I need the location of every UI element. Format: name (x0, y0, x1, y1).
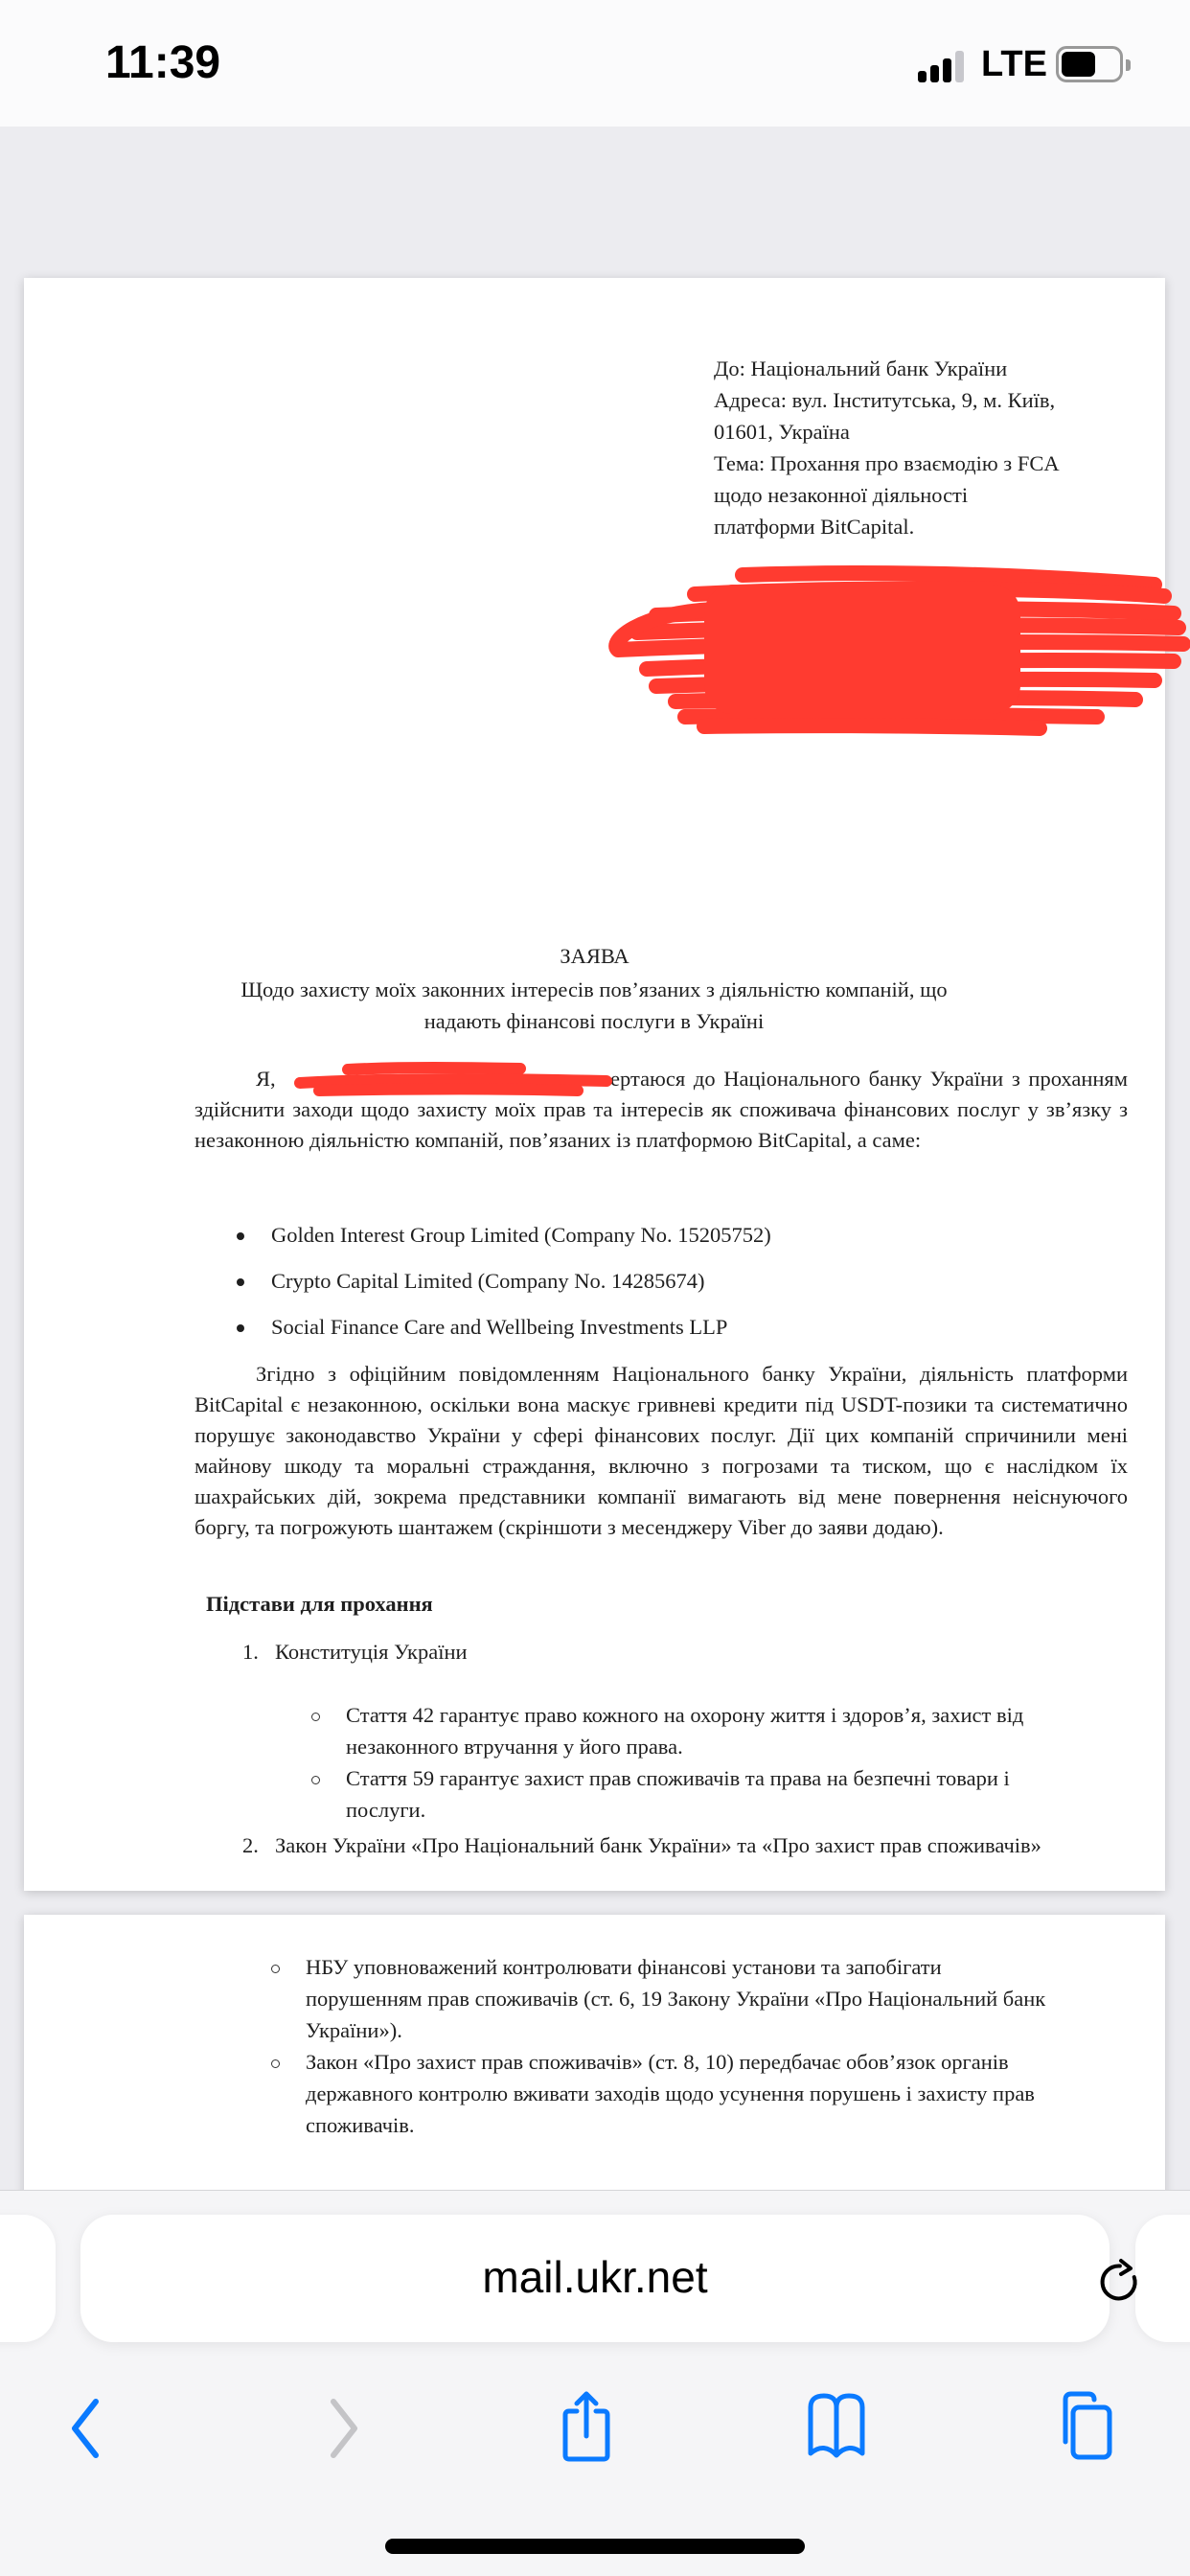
signal-bar (918, 71, 927, 82)
network-type: LTE (981, 44, 1047, 85)
battery-level (1062, 52, 1095, 77)
company-item: Golden Interest Group Limited (Company N… (216, 1220, 771, 1266)
status-time: 11:39 (105, 36, 220, 89)
grounds-1-sublist: Стаття 42 гарантує право кожного на охор… (311, 1699, 1078, 1826)
document-page-2: НБУ уповноважений контролювати фінансові… (24, 1915, 1165, 2190)
grounds-2-sublist: НБУ уповноважений контролювати фінансові… (271, 1951, 1057, 2141)
document-page-1: До: Національний банк України Адреса: ву… (24, 278, 1165, 1891)
status-bar: 11:39 LTE (0, 0, 1190, 126)
home-indicator[interactable] (385, 2539, 805, 2554)
redaction-scribble-name (290, 1062, 616, 1100)
reload-icon[interactable] (1098, 2257, 1146, 2311)
grounds-number: 1. (242, 1637, 275, 1667)
intro-prefix: Я, (256, 1067, 276, 1091)
document-subtitle: Щодо захисту моїх законних інтересів пов… (216, 974, 973, 1037)
redaction-scribble-sender (599, 556, 1190, 738)
recipient-line: До: Національний банк України (714, 353, 1116, 384)
grounds-number: 2. (242, 1830, 275, 1861)
battery-nub (1126, 59, 1131, 71)
grounds-item-1: 1.Конституція України (242, 1637, 468, 1667)
bookmarks-button[interactable] (803, 2390, 870, 2463)
grounds-heading: Підстави для прохання (206, 1589, 433, 1620)
document-viewer[interactable]: До: Національний банк України Адреса: ву… (0, 126, 1190, 2190)
grounds-subitem: НБУ уповноважений контролювати фінансові… (271, 1951, 1057, 2046)
url-text[interactable]: mail.ukr.net (80, 2251, 1110, 2303)
grounds-subitem: Стаття 42 гарантує право кожного на охор… (311, 1699, 1078, 1762)
grounds-subitem: Закон «Про захист прав споживачів» (ст. … (271, 2046, 1057, 2141)
recipient-block: До: Національний банк України Адреса: ву… (714, 353, 1116, 542)
company-item: Crypto Capital Limited (Company No. 1428… (216, 1266, 771, 1312)
company-item: Social Finance Care and Wellbeing Invest… (216, 1312, 771, 1358)
grounds-subitem: Стаття 59 гарантує захист прав споживачі… (311, 1762, 1078, 1826)
grounds-item-2: 2.Закон України «Про Національний банк У… (242, 1830, 1041, 1861)
previous-tab-preview[interactable] (0, 2215, 56, 2342)
recipient-line: Адреса: вул. Інститутська, 9, м. Київ, (714, 384, 1116, 416)
body-paragraph: Згідно з офіційним повідомленням Націона… (195, 1359, 1128, 1543)
address-bar[interactable]: mail.ukr.net (80, 2215, 1110, 2342)
battery-icon (1056, 46, 1123, 82)
recipient-line: 01601, Україна (714, 416, 1116, 448)
grounds-title: Закон України «Про Національний банк Укр… (275, 1833, 1041, 1857)
recipient-line: щодо незаконної діяльності (714, 479, 1116, 511)
grounds-title: Конституція України (275, 1640, 468, 1664)
back-button[interactable] (57, 2390, 125, 2463)
forward-button[interactable] (307, 2390, 374, 2463)
recipient-line: платформи BitCapital. (714, 511, 1116, 542)
signal-bar (930, 65, 939, 82)
signal-bar (955, 51, 964, 82)
cellular-signal-icon (918, 50, 964, 82)
company-list: Golden Interest Group Limited (Company N… (216, 1220, 771, 1358)
recipient-line: Тема: Прохання про взаємодію з FCA (714, 448, 1116, 479)
share-button[interactable] (554, 2390, 621, 2463)
browser-toolbar: mail.ukr.net (0, 2190, 1190, 2576)
signal-bar (943, 58, 951, 82)
tabs-button[interactable] (1054, 2390, 1121, 2463)
document-title: ЗАЯВА (24, 941, 1165, 972)
